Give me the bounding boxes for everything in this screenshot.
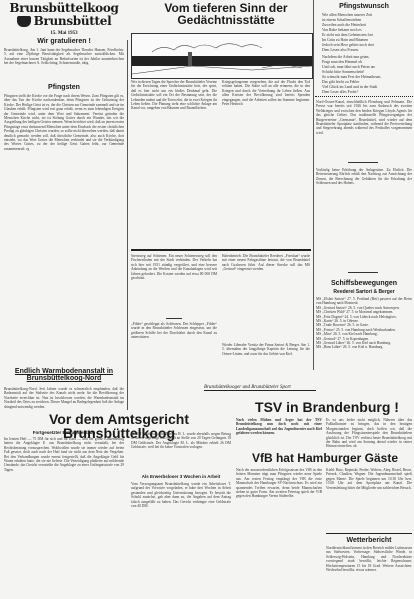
masthead-line2: Brunsbüttel xyxy=(4,15,124,28)
issue-date: 15. Mai 1953 xyxy=(4,31,124,36)
weather-top-rule xyxy=(326,533,412,534)
ship-entry: MS „Elsbet Sartori“ 27. 5. Portland (Bri… xyxy=(316,297,412,306)
headline-gedaechtnis: Vom tieferen Sinn der Gedächtnisstätte xyxy=(140,2,312,26)
article-wetter: Norddeutschland kommt in den Bereich mil… xyxy=(326,546,412,596)
article-hafen: Hafenbetrieb. Die Brunsbütteler Reederei… xyxy=(222,254,310,340)
headline-pfingsten: Pfingsten xyxy=(4,84,124,91)
poem-stanza-1: Wie allen Menschen unserer Zeit ist eine… xyxy=(322,13,412,53)
article-vfb-col1: Nach der ausserordentlichen Erfolgssaiso… xyxy=(236,468,322,595)
article-amtsgericht-col3: Vom Versorgungsamt Brunsbüttelkoog wurde… xyxy=(131,482,231,595)
article-amtsgericht-col1: Im letzten Heft — 75 DM für sich und ihr… xyxy=(4,437,124,595)
article-tsv-col1: Nach vielen Mühen und Ärger hat der TSV … xyxy=(236,418,322,444)
article-ehrung: Vorläufig keine Erhöhung der Anlagesätze… xyxy=(316,168,412,268)
subheadline-erwerbsloser: Als Erwerbsloser 3 Wochen in Arbeit xyxy=(131,474,231,479)
headline-pfingstwunsch: Pfingstwunsch xyxy=(316,3,412,10)
sport-section-banner: Brunsbüttelkooger und Brunsbütteler Spor… xyxy=(204,385,316,391)
article-tsv-col2: Es ist uns leider nicht möglich, Näheres… xyxy=(326,418,412,448)
short-divider-3 xyxy=(348,272,378,273)
article-filder: „Filder“ geschleppt als Schleusen. Der S… xyxy=(131,322,217,366)
masthead: Brunsbüttelkoog Brunsbüttel xyxy=(4,2,124,28)
article-gratulieren: Brunsbüttelkoog. Am 1. Juni kann der Seg… xyxy=(4,48,124,81)
article-gedaechtnis-col2: Kriegsgefangenen vorgesehen, die auf der… xyxy=(222,80,310,246)
headline-gratulieren: Wir gratulieren ! xyxy=(4,38,124,45)
short-divider xyxy=(166,318,182,319)
column-divider-2 xyxy=(313,0,314,370)
subheadline-reederei: Reederei Sartori & Berger xyxy=(316,289,412,295)
article-sartori: Wieder Liberaler Vorsitz der Firma Sarto… xyxy=(222,343,310,365)
section-divider xyxy=(131,249,311,251)
ship-entry: MS „Hans Läher“ 26. 5. von Kiel n. Hambu… xyxy=(316,345,412,349)
headline-warmboden: Endlich Warmbodenanstalt in Brunsbüttelk… xyxy=(4,368,124,382)
article-schienen: Sterntweg auf Schienen. Ein neuer Schien… xyxy=(131,254,217,314)
poem-stanza-2: Nachdem die Arbeit nun getan, Fragt man … xyxy=(322,55,412,95)
article-vfb-col2: Kiehl: Butz, Repinski; Preder, Wolters, … xyxy=(326,468,412,530)
article-amtsgericht-col2: 18 DM Geldstrafe. Die Ehefrau H. L. wurd… xyxy=(131,432,231,470)
coat-of-arms-icon xyxy=(17,16,31,27)
headline-schiffsbewegungen: Schiffsbewegungen xyxy=(316,280,412,287)
column-divider xyxy=(127,40,128,410)
headline-vfb: VfB hat Hamburger Gäste xyxy=(236,452,414,464)
memorial-drawing-icon xyxy=(132,34,312,78)
article-pfingsten: Pfingsten stellt die Kirche vor die Frag… xyxy=(4,94,124,348)
article-gedaechtnis-col1: Wer in diesen Tagen die Sprecher der Bru… xyxy=(131,80,217,246)
headline-wetter: Wetterbericht xyxy=(326,537,412,544)
article-warmboden: Brunsbüttelkoog-Nord. Seit Jahren wurde … xyxy=(4,387,124,409)
memorial-illustration xyxy=(131,33,313,79)
article-kanal: Nord-Ostsee-Kanal, einschließlich Flensb… xyxy=(316,100,412,156)
headline-tsv: TSV in Brandenburg ! xyxy=(240,400,414,414)
dotted-divider xyxy=(315,96,413,97)
ship-movements-list: MS „Elsbet Sartori“ 27. 5. Portland (Bri… xyxy=(316,297,412,379)
short-divider-2 xyxy=(348,162,378,163)
subheadline-betrug: Fortgesetzter Betrugsfeldzug xyxy=(4,430,124,435)
